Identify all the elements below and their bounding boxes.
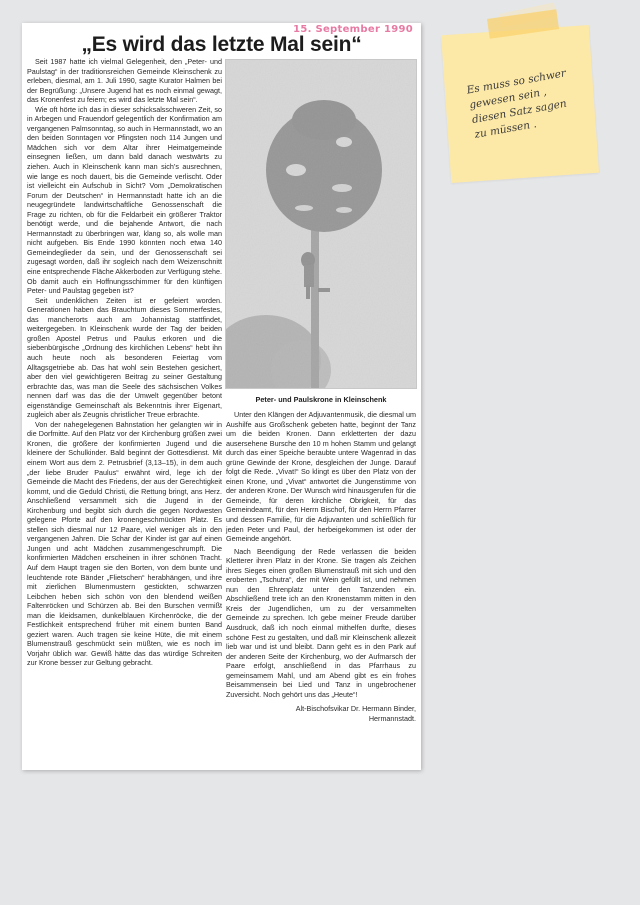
- sticky-note-text: Es muss so schwer gewesen sein , diesen …: [466, 64, 587, 143]
- article-headline: „Es wird das letzte Mal sein“: [22, 33, 421, 57]
- article-left-column: Seit 1987 hatte ich vielmal Gelegenheit,…: [27, 57, 222, 668]
- article-photo: [225, 59, 417, 389]
- article-paragraph: Seit undenklichen Zeiten ist er gefeiert…: [27, 296, 222, 420]
- author-place: Hermannstadt.: [226, 714, 416, 724]
- author-name: Alt-Bischofsvikar Dr. Hermann Binder,: [226, 704, 416, 714]
- sticky-note: Es muss so schwer gewesen sein , diesen …: [441, 25, 599, 183]
- article-paragraph: Seit 1987 hatte ich vielmal Gelegenheit,…: [27, 57, 222, 105]
- article-right-column: Unter den Klängen der Adjuvantenmusik, d…: [226, 410, 416, 724]
- crown-pole-photo-icon: [226, 60, 417, 389]
- article-paragraph: Nach Beendigung der Rede verlassen die b…: [226, 547, 416, 700]
- photo-caption: Peter- und Paulskrone in Kleinschenk: [225, 395, 417, 404]
- article-paragraph: Unter den Klängen der Adjuvantenmusik, d…: [226, 410, 416, 544]
- article-paragraph: Von der nahegelegenen Bahnstation her ge…: [27, 420, 222, 668]
- article-paragraph: Wie oft hörte ich das in dieser schicksa…: [27, 105, 222, 296]
- newspaper-clipping: 15. September 1990 „Es wird das letzte M…: [22, 23, 421, 770]
